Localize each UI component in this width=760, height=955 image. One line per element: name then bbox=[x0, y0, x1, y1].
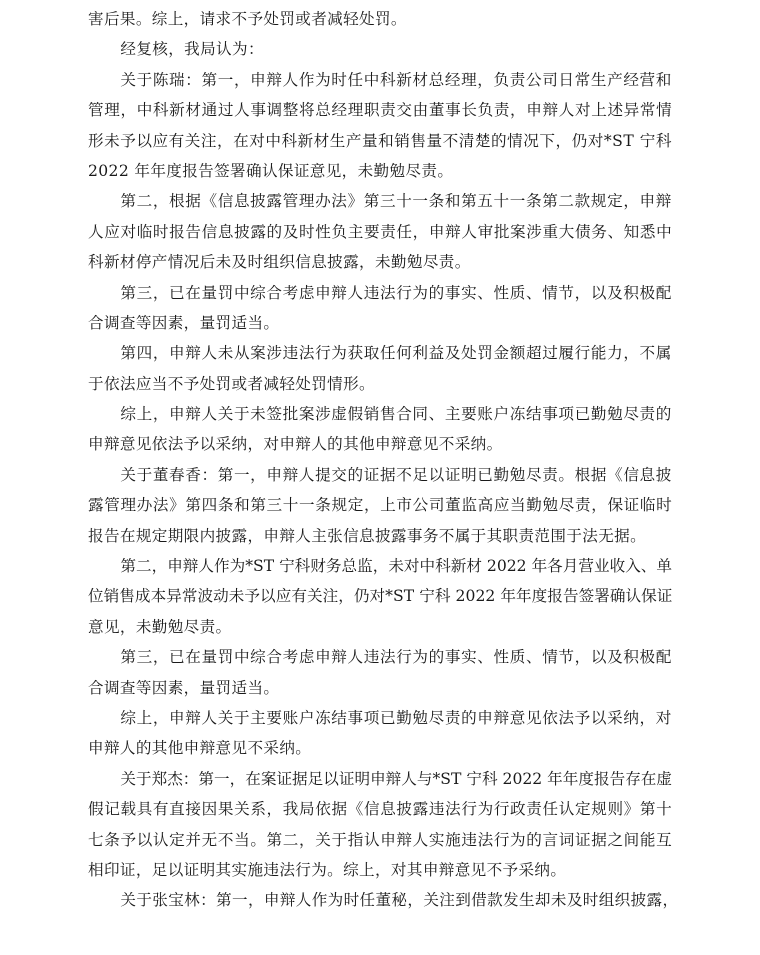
text-line: 2022 年年度报告签署确认保证意见，未勤勉尽责。 bbox=[88, 156, 672, 186]
text-line: 形未予以应有关注，在对中科新材生产量和销售量不清楚的情况下，仍对*ST 宁科 bbox=[88, 126, 672, 156]
document-page: 害后果。综上，请求不予处罚或者减轻处罚。经复核，我局认为：关于陈瑞：第一，申辩人… bbox=[88, 4, 672, 916]
paragraph-p8: 第二，申辩人作为*ST 宁科财务总监，未对中科新材 2022 年各月营业收入、单… bbox=[88, 551, 672, 642]
paragraph-p12: 关于张宝林：第一，申辩人作为时任董秘，关注到借款发生却未及时组织披露， bbox=[88, 885, 672, 915]
paragraph-p5: 第四，申辩人未从案涉违法行为获取任何利益及处罚金额超过履行能力，不属于依法应当不… bbox=[88, 338, 672, 399]
text-line: 申辩人的其他申辩意见不采纳。 bbox=[88, 733, 672, 763]
text-line: 合调查等因素，量罚适当。 bbox=[88, 673, 672, 703]
paragraph-p2: 关于陈瑞：第一，申辩人作为时任中科新材总经理，负责公司日常生产经营和管理，中科新… bbox=[88, 65, 672, 187]
paragraph-p7: 关于董春香：第一，申辩人提交的证据不足以证明已勤勉尽责。根据《信息披露管理办法》… bbox=[88, 460, 672, 551]
text-line: 综上，申辩人关于未签批案涉虚假销售合同、主要账户冻结事项已勤勉尽责的 bbox=[88, 399, 672, 429]
text-line: 第三，已在量罚中综合考虑申辩人违法行为的事实、性质、情节，以及积极配 bbox=[88, 642, 672, 672]
paragraph-p11: 关于郑杰：第一，在案证据足以证明申辩人与*ST 宁科 2022 年年度报告存在虚… bbox=[88, 764, 672, 886]
text-line: 综上，申辩人关于主要账户冻结事项已勤勉尽责的申辩意见依法予以采纳，对 bbox=[88, 703, 672, 733]
text-line: 于依法应当不予处罚或者减轻处罚情形。 bbox=[88, 369, 672, 399]
text-line: 第二，申辩人作为*ST 宁科财务总监，未对中科新材 2022 年各月营业收入、单 bbox=[88, 551, 672, 581]
text-line: 经复核，我局认为： bbox=[88, 34, 672, 64]
text-line: 意见，未勤勉尽责。 bbox=[88, 612, 672, 642]
paragraph-p6: 综上，申辩人关于未签批案涉虚假销售合同、主要账户冻结事项已勤勉尽责的申辩意见依法… bbox=[88, 399, 672, 460]
text-line: 相印证，足以证明其实施违法行为。综上，对其申辩意见不予采纳。 bbox=[88, 855, 672, 885]
text-line: 人应对临时报告信息披露的及时性负主要责任，申辩人审批案涉重大债务、知悉中 bbox=[88, 217, 672, 247]
text-line: 第三，已在量罚中综合考虑申辩人违法行为的事实、性质、情节，以及积极配 bbox=[88, 278, 672, 308]
paragraph-p10: 综上，申辩人关于主要账户冻结事项已勤勉尽责的申辩意见依法予以采纳，对申辩人的其他… bbox=[88, 703, 672, 764]
text-line: 报告在规定期限内披露，申辩人主张信息披露事务不属于其职责范围于法无据。 bbox=[88, 521, 672, 551]
paragraph-p3: 第二，根据《信息披露管理办法》第三十一条和第五十一条第二款规定，申辩人应对临时报… bbox=[88, 186, 672, 277]
paragraph-p9: 第三，已在量罚中综合考虑申辩人违法行为的事实、性质、情节，以及积极配合调查等因素… bbox=[88, 642, 672, 703]
text-line: 关于郑杰：第一，在案证据足以证明申辩人与*ST 宁科 2022 年年度报告存在虚 bbox=[88, 764, 672, 794]
paragraph-p1: 经复核，我局认为： bbox=[88, 34, 672, 64]
text-line: 露管理办法》第四条和第三十一条规定，上市公司董监高应当勤勉尽责，保证临时 bbox=[88, 490, 672, 520]
paragraph-p4: 第三，已在量罚中综合考虑申辩人违法行为的事实、性质、情节，以及积极配合调查等因素… bbox=[88, 278, 672, 339]
text-line: 科新材停产情况后未及时组织信息披露，未勤勉尽责。 bbox=[88, 247, 672, 277]
text-line: 位销售成本异常波动未予以应有关注，仍对*ST 宁科 2022 年年度报告签署确认… bbox=[88, 581, 672, 611]
text-line: 假记载具有直接因果关系，我局依据《信息披露违法行为行政责任认定规则》第十 bbox=[88, 794, 672, 824]
text-line: 申辩意见依法予以采纳，对申辩人的其他申辩意见不采纳。 bbox=[88, 429, 672, 459]
text-line: 关于张宝林：第一，申辩人作为时任董秘，关注到借款发生却未及时组织披露， bbox=[88, 885, 672, 915]
text-line: 第二，根据《信息披露管理办法》第三十一条和第五十一条第二款规定，申辩 bbox=[88, 186, 672, 216]
text-line: 合调查等因素，量罚适当。 bbox=[88, 308, 672, 338]
text-line: 七条予以认定并无不当。第二，关于指认申辩人实施违法行为的言词证据之间能互 bbox=[88, 825, 672, 855]
text-line: 害后果。综上，请求不予处罚或者减轻处罚。 bbox=[88, 4, 672, 34]
text-line: 关于董春香：第一，申辩人提交的证据不足以证明已勤勉尽责。根据《信息披 bbox=[88, 460, 672, 490]
text-line: 关于陈瑞：第一，申辩人作为时任中科新材总经理，负责公司日常生产经营和 bbox=[88, 65, 672, 95]
text-line: 第四，申辩人未从案涉违法行为获取任何利益及处罚金额超过履行能力，不属 bbox=[88, 338, 672, 368]
text-line: 管理，中科新材通过人事调整将总经理职责交由董事长负责，申辩人对上述异常情 bbox=[88, 95, 672, 125]
paragraph-p0: 害后果。综上，请求不予处罚或者减轻处罚。 bbox=[88, 4, 672, 34]
